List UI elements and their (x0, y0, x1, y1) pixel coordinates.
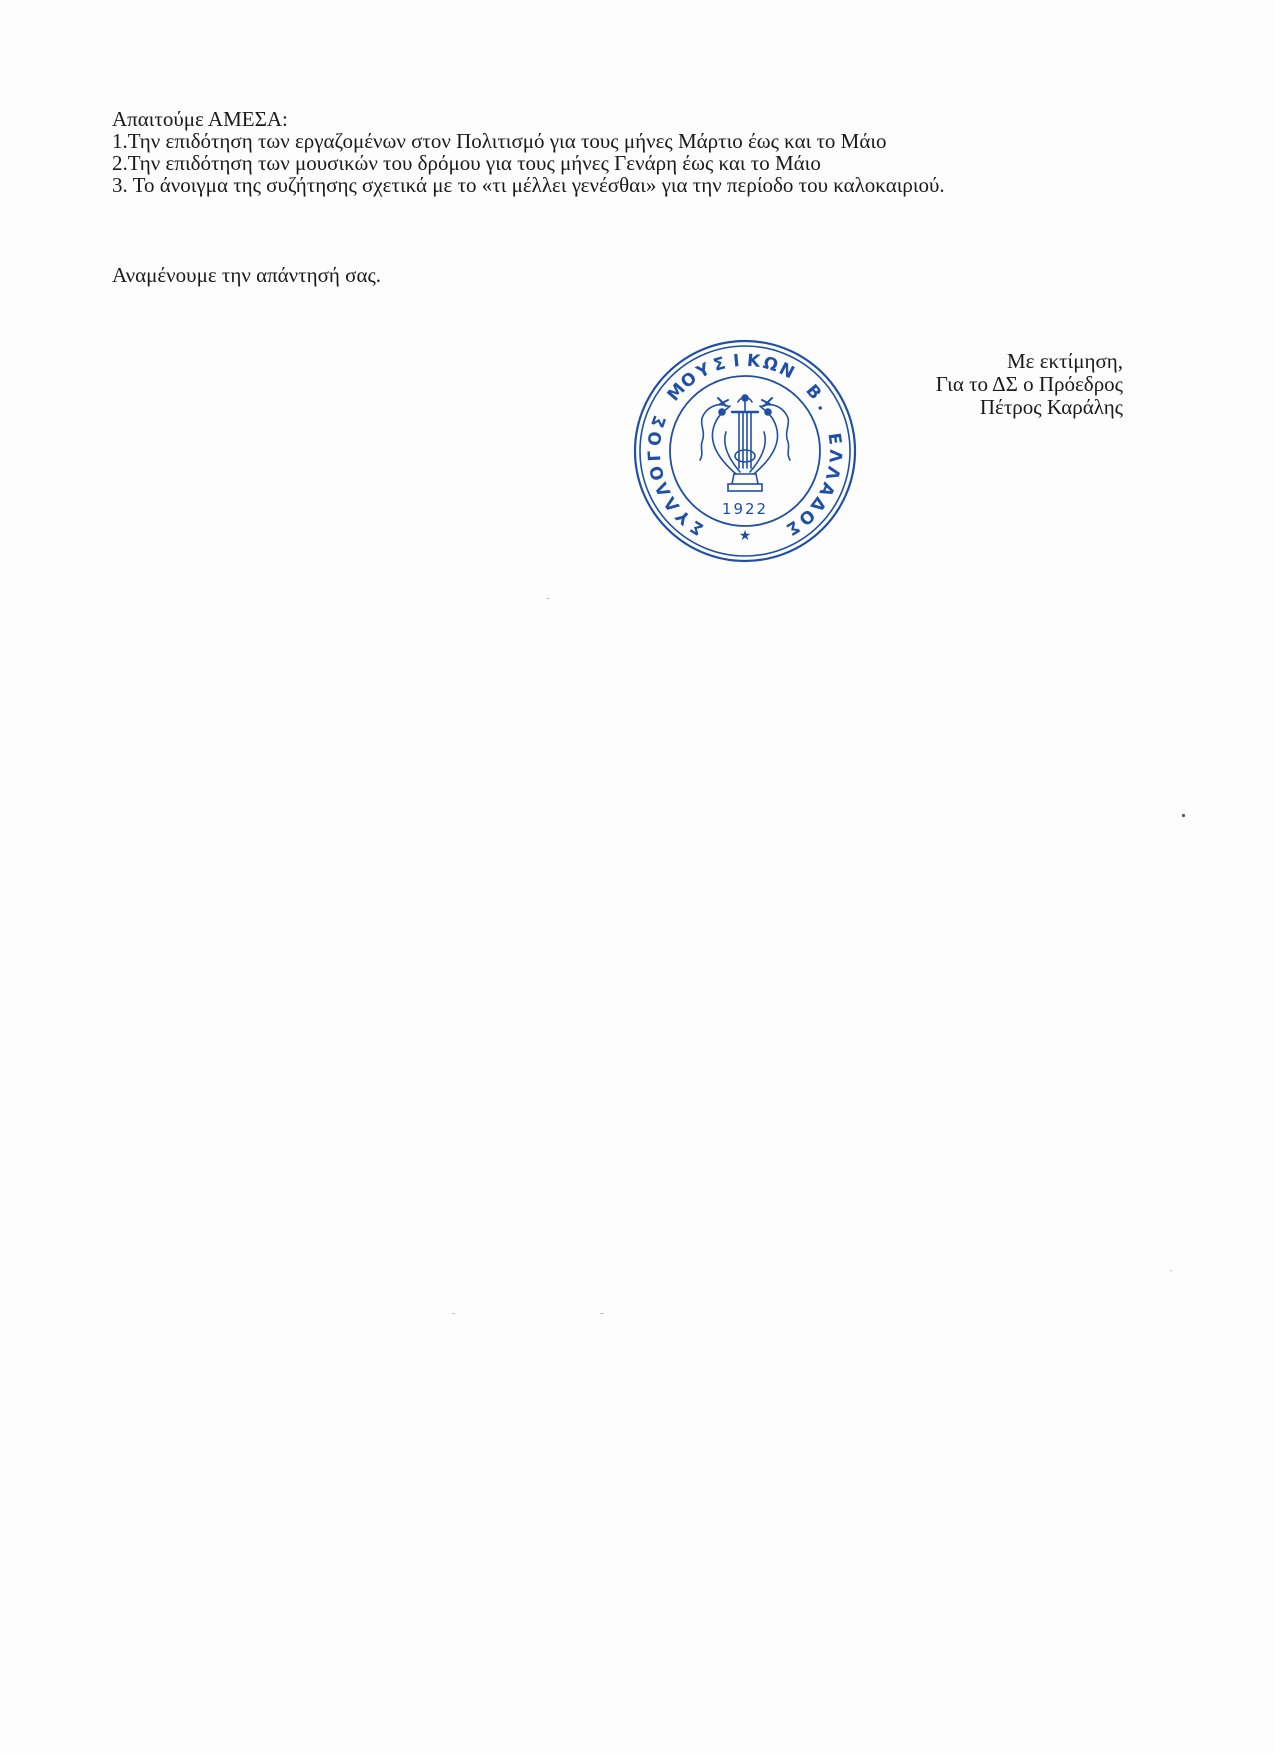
svg-text:Ν: Ν (776, 359, 798, 383)
svg-text:.: . (813, 399, 834, 415)
svg-text:Λ: Λ (824, 449, 845, 464)
svg-text:Β: Β (801, 381, 825, 404)
scan-speck (600, 1313, 604, 1314)
demand-item: 3. Το άνοιγμα της συζήτησης σχετικά με τ… (112, 174, 945, 196)
signature-block: Με εκτίμηση, Για το ΔΣ ο Πρόεδρος Πέτρος… (936, 350, 1123, 419)
svg-text:Ο: Ο (645, 430, 667, 447)
document-page: Απαιτούμε ΑΜΕΣΑ: 1.Την επιδότηση των εργ… (0, 0, 1275, 1753)
stamp-year: 1922 (722, 500, 768, 518)
scan-speck (547, 598, 549, 599)
scan-speck (1170, 1270, 1172, 1271)
svg-text:Ο: Ο (646, 464, 669, 483)
demands-heading: Απαιτούμε ΑΜΕΣΑ: (112, 108, 945, 130)
svg-text:Γ: Γ (645, 450, 666, 462)
scan-speck (452, 1313, 455, 1314)
scan-speck (1182, 814, 1185, 817)
salutation: Με εκτίμηση, (936, 350, 1123, 373)
svg-text:Σ: Σ (711, 353, 728, 375)
svg-text:Ε: Ε (823, 432, 844, 446)
association-stamp: ΣΥΛΛΟΓΟΣΜΟΥΣΙΚΩΝΒ.ΕΛΛΑΔΟΣ (628, 334, 862, 568)
star-icon: ★ (739, 528, 752, 544)
demand-item: 2.Την επιδότηση των μουσικών του δρόμου … (112, 152, 945, 174)
svg-text:Κ: Κ (746, 351, 762, 372)
demand-item: 1.Την επιδότηση των εργαζομένων στον Πολ… (112, 130, 945, 152)
signer-role: Για το ΔΣ ο Πρόεδρος (936, 373, 1123, 396)
lyre-icon (700, 395, 790, 491)
svg-text:Σ: Σ (648, 413, 671, 430)
demands-section: Απαιτούμε ΑΜΕΣΑ: 1.Την επιδότηση των εργ… (112, 108, 945, 196)
stamp-second-ring (640, 346, 850, 556)
closing-line: Αναμένουμε την απάντησή σας. (112, 264, 381, 286)
signer-name: Πέτρος Καράλης (936, 396, 1123, 419)
svg-text:Ι: Ι (732, 351, 740, 372)
